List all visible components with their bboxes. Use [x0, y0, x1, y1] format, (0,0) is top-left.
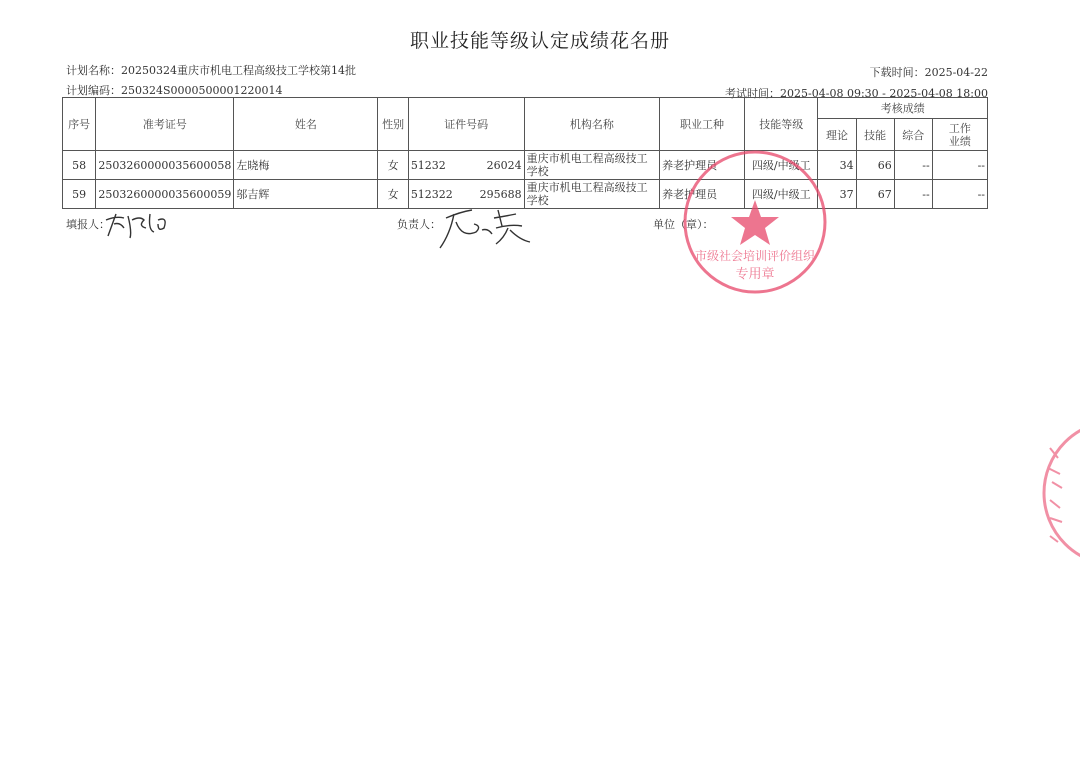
header-name: 姓名	[234, 98, 378, 151]
header-skill: 技能	[856, 119, 894, 151]
cell-skill: 66	[856, 151, 894, 180]
plan-code-label: 计划编码：	[66, 84, 121, 97]
filler-signature	[102, 206, 174, 242]
header-work-performance: 工作 业绩	[932, 119, 987, 151]
document-title: 职业技能等级认定成绩花名册	[0, 26, 1080, 53]
id-prefix: 51232	[411, 159, 446, 172]
id-suffix: 26024	[487, 159, 522, 172]
header-ticket-no: 准考证号	[96, 98, 234, 151]
header-seq: 序号	[63, 98, 96, 151]
official-seal-icon: 市级社会培训评价组织 专用章	[680, 148, 830, 296]
cell-ticket-no: 2503260000035600058	[96, 151, 234, 180]
cell-ticket-no: 2503260000035600059	[96, 180, 234, 209]
cell-org: 重庆市机电工程高级技工学校	[524, 151, 660, 180]
cell-gender: 女	[378, 180, 408, 209]
cell-seq: 59	[63, 180, 96, 209]
header-theory: 理论	[818, 119, 856, 151]
plan-name-label: 计划名称：	[66, 64, 121, 77]
cell-overall: --	[894, 151, 932, 180]
cell-overall: --	[894, 180, 932, 209]
plan-name-value: 20250324重庆市机电工程高级技工学校第14批	[121, 64, 356, 77]
cell-seq: 58	[63, 151, 96, 180]
cell-work-performance: --	[932, 180, 987, 209]
partial-seal-icon	[1036, 418, 1080, 568]
manager-signature	[436, 204, 536, 252]
download-time: 下载时间：2025-04-22	[870, 64, 988, 80]
cell-name: 邬吉辉	[234, 180, 378, 209]
plan-name: 计划名称：20250324重庆市机电工程高级技工学校第14批	[66, 62, 356, 78]
download-time-value: 2025-04-22	[925, 66, 988, 79]
plan-code: 计划编码：250324S0000500001220014	[66, 82, 283, 98]
cell-id-no: 5123226024	[408, 151, 524, 180]
seal-text-1: 市级社会培训评价组织	[695, 248, 816, 263]
plan-code-value: 250324S0000500001220014	[121, 84, 283, 97]
header-gender: 性别	[378, 98, 408, 151]
score-roster-table: 序号 准考证号 姓名 性别 证件号码 机构名称 职业工种 技能等级 考核成绩 理…	[62, 97, 988, 209]
cell-name: 左晓梅	[234, 151, 378, 180]
cell-skill: 67	[856, 180, 894, 209]
cell-org: 重庆市机电工程高级技工学校	[524, 180, 660, 209]
cell-work-performance: --	[932, 151, 987, 180]
download-time-label: 下载时间：	[870, 66, 925, 79]
id-prefix: 512322	[411, 188, 453, 201]
id-suffix: 295688	[480, 188, 522, 201]
header-overall: 综合	[894, 119, 932, 151]
table-row: 58 2503260000035600058 左晓梅 女 5123226024 …	[63, 151, 988, 180]
seal-text-2: 专用章	[735, 266, 774, 282]
header-scores-group: 考核成绩	[818, 98, 988, 119]
manager-label: 负责人：	[397, 216, 441, 232]
header-skill-level: 技能等级	[744, 98, 818, 151]
header-org: 机构名称	[524, 98, 660, 151]
header-occupation: 职业工种	[660, 98, 745, 151]
cell-gender: 女	[378, 151, 408, 180]
header-id-no: 证件号码	[408, 98, 524, 151]
